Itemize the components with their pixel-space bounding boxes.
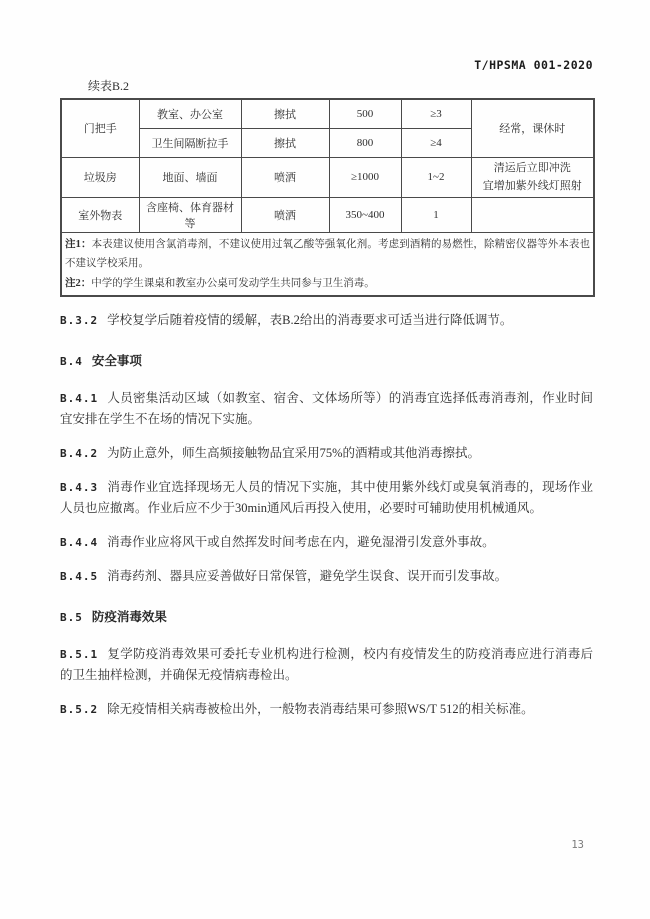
- clause-number: B.4.2: [60, 447, 98, 460]
- table-caption: 续表B.2: [88, 77, 593, 94]
- clause-b-4-4: B.4.4消毒作业应将风干或自然挥发时间考虑在内，避免湿滑引发意外事故。: [60, 532, 593, 553]
- cell-frequency: 1: [401, 197, 471, 232]
- clause-number: B.4.3: [60, 481, 98, 494]
- note-label: 注2：: [65, 278, 91, 289]
- cell-object: 室外物表: [61, 197, 139, 232]
- clause-text: 学校复学后随着疫情的缓解，表B.2给出的消毒要求可适当进行降低调节。: [107, 313, 512, 327]
- clause-text: 人员密集活动区域（如教室、宿舍、文体场所等）的消毒宜选择低毒消毒剂，作业时间宜安…: [60, 391, 593, 426]
- clause-text: 消毒作业应将风干或自然挥发时间考虑在内，避免湿滑引发意外事故。: [107, 535, 495, 549]
- clause-b-4-2: B.4.2为防止意外，师生高频接触物品宜采用75%的酒精或其他消毒擦拭。: [60, 443, 593, 464]
- cell-frequency: ≥4: [401, 128, 471, 157]
- clause-number: B.4.4: [60, 536, 98, 549]
- clause-b-4-1: B.4.1人员密集活动区域（如教室、宿舍、文体场所等）的消毒宜选择低毒消毒剂，作…: [60, 388, 593, 430]
- clause-number: B.5.2: [60, 703, 98, 716]
- cell-concentration: 800: [329, 128, 401, 157]
- clause-text: 为防止意外，师生高频接触物品宜采用75%的酒精或其他消毒擦拭。: [107, 446, 480, 460]
- clause-number: B.4.5: [60, 570, 98, 583]
- table-notes-row: 注1：本表建议使用含氯消毒剂，不建议使用过氧乙酸等强氧化剂。考虑到酒精的易燃性，…: [61, 232, 594, 296]
- clause-b-5-2: B.5.2除无疫情相关病毒被检出外，一般物表消毒结果可参照WS/T 512的相关…: [60, 699, 593, 720]
- disinfection-requirements-table: 门把手 教室、办公室 擦拭 500 ≥3 经常，课休时 卫生间隔断拉手 擦拭 8…: [60, 98, 595, 297]
- clause-b-5-1: B.5.1复学防疫消毒效果可委托专业机构进行检测，校内有疫情发生的防疫消毒应进行…: [60, 644, 593, 686]
- table-row: 门把手 教室、办公室 擦拭 500 ≥3 经常，课休时: [61, 99, 594, 128]
- cell-method: 喷洒: [241, 197, 329, 232]
- table-notes: 注1：本表建议使用含氯消毒剂，不建议使用过氧乙酸等强氧化剂。考虑到酒精的易燃性，…: [61, 232, 594, 296]
- clause-number: B.5: [60, 611, 83, 624]
- note-text: 中学的学生课桌和教室办公桌可发动学生共同参与卫生消毒。: [91, 278, 375, 289]
- cell-place: 教室、办公室: [139, 99, 241, 128]
- clauses: B.3.2学校复学后随着疫情的缓解，表B.2给出的消毒要求可适当进行降低调节。 …: [60, 310, 593, 720]
- cell-object: 门把手: [61, 99, 139, 157]
- cell-concentration: ≥1000: [329, 157, 401, 197]
- clause-text: 消毒药剂、器具应妥善做好日常保管，避免学生误食、误开而引发事故。: [107, 569, 507, 583]
- table-row: 垃圾房 地面、墙面 喷洒 ≥1000 1~2 清运后立即冲洗 宜增加紫外线灯照射: [61, 157, 594, 197]
- clause-number: B.4: [60, 355, 83, 368]
- cell-place: 卫生间隔断拉手: [139, 128, 241, 157]
- clause-number: B.3.2: [60, 314, 98, 327]
- heading-text: 防疫消毒效果: [92, 610, 167, 624]
- clause-text: 消毒作业宜选择现场无人员的情况下实施，其中使用紫外线灯或臭氧消毒的，现场作业人员…: [60, 480, 593, 515]
- document-page: T/HPSMA 001-2020 续表B.2 门把手 教室、办公室 擦拭 500…: [0, 0, 650, 919]
- cell-concentration: 350~400: [329, 197, 401, 232]
- cell-method: 擦拭: [241, 99, 329, 128]
- cell-place: 地面、墙面: [139, 157, 241, 197]
- note-text: 本表建议使用含氯消毒剂，不建议使用过氧乙酸等强氧化剂。考虑到酒精的易燃性，除精密…: [65, 239, 590, 270]
- table-note-1: 注1：本表建议使用含氯消毒剂，不建议使用过氧乙酸等强氧化剂。考虑到酒精的易燃性，…: [65, 235, 590, 274]
- clause-b-4-5: B.4.5消毒药剂、器具应妥善做好日常保管，避免学生误食、误开而引发事故。: [60, 566, 593, 587]
- heading-b-4: B.4安全事项: [60, 351, 593, 372]
- cell-remark: [471, 197, 594, 232]
- clause-text: 复学防疫消毒效果可委托专业机构进行检测，校内有疫情发生的防疫消毒应进行消毒后的卫…: [60, 647, 593, 682]
- cell-place: 含座椅、体育器材等: [139, 197, 241, 232]
- table-note-2: 注2：中学的学生课桌和教室办公桌可发动学生共同参与卫生消毒。: [65, 274, 590, 294]
- cell-method: 喷洒: [241, 157, 329, 197]
- table-row: 室外物表 含座椅、体育器材等 喷洒 350~400 1: [61, 197, 594, 232]
- cell-concentration: 500: [329, 99, 401, 128]
- cell-remark: 经常，课休时: [471, 99, 594, 157]
- note-label: 注1：: [65, 239, 92, 250]
- clause-number: B.4.1: [60, 392, 98, 405]
- clause-text: 除无疫情相关病毒被检出外，一般物表消毒结果可参照WS/T 512的相关标准。: [107, 702, 534, 716]
- standard-number: T/HPSMA 001-2020: [60, 58, 593, 72]
- cell-object: 垃圾房: [61, 157, 139, 197]
- heading-b-5: B.5防疫消毒效果: [60, 607, 593, 628]
- cell-frequency: ≥3: [401, 99, 471, 128]
- heading-text: 安全事项: [92, 354, 142, 368]
- clause-b-3-2: B.3.2学校复学后随着疫情的缓解，表B.2给出的消毒要求可适当进行降低调节。: [60, 310, 593, 331]
- page-number: 13: [571, 839, 584, 851]
- clause-b-4-3: B.4.3消毒作业宜选择现场无人员的情况下实施，其中使用紫外线灯或臭氧消毒的，现…: [60, 477, 593, 519]
- cell-frequency: 1~2: [401, 157, 471, 197]
- cell-method: 擦拭: [241, 128, 329, 157]
- clause-number: B.5.1: [60, 648, 98, 661]
- cell-remark: 清运后立即冲洗 宜增加紫外线灯照射: [471, 157, 594, 197]
